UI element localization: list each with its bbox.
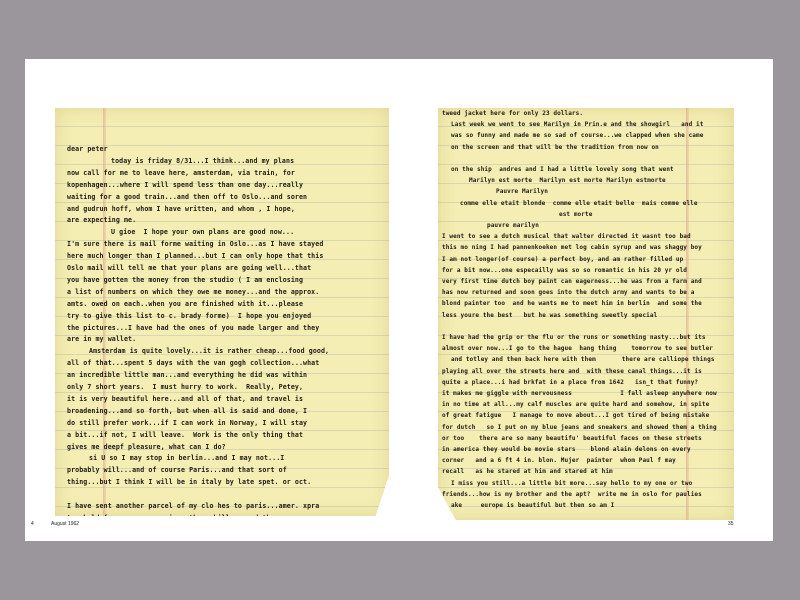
letter-line: I'm sure there is mail forme waiting in … xyxy=(67,240,323,248)
letter-line: broadening...and so forth, but when all … xyxy=(67,407,307,415)
letter-line: ake europe is beautiful but then so am I xyxy=(451,502,614,509)
letter-line: a bit...if not, I will leave. Work is th… xyxy=(67,431,303,439)
letter-line: on the ship andres and I had a little lo… xyxy=(451,166,674,173)
letter-line: in no time at all...my calf muscles are … xyxy=(442,401,709,408)
letter-line: all of that...spent 5 days with the van … xyxy=(67,359,319,367)
letter-line: it is very beautiful here...and all of t… xyxy=(67,395,303,403)
letter-line: kopenhagen...where I will spend less tha… xyxy=(67,181,303,189)
letter-line: here much longer than I planned...but I … xyxy=(67,252,323,260)
letter-line: gives me deepf pleasure, what can I do? xyxy=(67,443,226,451)
letter-line: this mo ning I had pannenkoeken met log … xyxy=(442,244,702,251)
folio-label-left: August 1962 xyxy=(51,521,79,527)
letter-line: U gioe I hope your own plans are good no… xyxy=(111,228,294,236)
letter-line: recall as he stared at him and stared at… xyxy=(442,468,613,475)
letter-line: dear peter xyxy=(67,145,108,153)
letter-line: try to give this list to c. brady forme)… xyxy=(67,312,311,320)
letter-line: playing all over the streets here and wi… xyxy=(442,368,702,375)
letter-line: it makes me giggle with nervousness I fa… xyxy=(442,390,717,397)
letter-line: only 7 short years. I must hurry to work… xyxy=(67,383,303,391)
letter-line: and gudrun hoff, whom I have written, an… xyxy=(67,205,295,213)
letter-line: today is friday 8/31...I think...and my … xyxy=(111,157,294,165)
letter-line: to hold for me...europe is rather chilly… xyxy=(67,514,303,516)
letter-line: an incredible little man...and everythin… xyxy=(67,371,307,379)
letter-line: si U so I may stop in berlin...and I may… xyxy=(89,454,284,462)
letter-line: are expecting me. xyxy=(67,216,136,224)
letter-line: a list of numbers on which they owe me m… xyxy=(67,288,319,296)
letter-line: amts. owed on each..when you are finishe… xyxy=(67,300,303,308)
letter-line: I am not longer(of course) a perfect boy… xyxy=(442,256,683,263)
letter-line: Pauvre Marilyn xyxy=(496,188,548,195)
letter-line: has now returned and soon goes into the … xyxy=(442,289,694,296)
letter-line: the pictures...I have had the ones of yo… xyxy=(67,324,319,332)
letter-line: quite a place...i had brkfat in a place … xyxy=(442,379,698,386)
letter-line: I have had the grip or the flu or the ru… xyxy=(442,334,706,341)
letter-line: for a bit now...one especailly was so so… xyxy=(442,267,687,274)
letter-line: Last week we went to see Marilyn in Prin… xyxy=(451,121,703,128)
red-margin-line xyxy=(686,108,689,520)
book-spread: dear petertoday is friday 8/31...I think… xyxy=(25,59,773,541)
letter-line: now call for me to leave here, amsterdam… xyxy=(67,169,295,177)
letter-line: or too there are so many beautifu' beaut… xyxy=(442,435,702,442)
letter-page-right: tweed jacket here for only 23 dollars.La… xyxy=(438,108,734,520)
letter-line: est morte xyxy=(559,211,592,218)
letter-line: you have gotten the money from the studi… xyxy=(67,276,303,284)
letter-line: corner and a 6 ft 4 in. blon. Mujer pain… xyxy=(442,457,676,464)
letter-line: and totley and then back here with them … xyxy=(451,356,715,363)
letter-line: almost over now...I go to the hague hang… xyxy=(442,345,713,352)
letter-page-left: dear petertoday is friday 8/31...I think… xyxy=(55,108,389,516)
letter-line: comme elle etait blonde comme elle etait… xyxy=(460,200,698,207)
letter-line: blond painter too and he wants me to mee… xyxy=(442,300,702,307)
letter-line: thing...but I think I will be in italy b… xyxy=(67,478,311,486)
letter-line: do still prefer work...if I can work in … xyxy=(67,419,307,427)
letter-line: was so funny and made me so sad of cours… xyxy=(451,132,703,139)
letter-line: probably will...and of course Paris...an… xyxy=(67,466,287,474)
folio-number-right: 35 xyxy=(728,521,734,527)
folio-number-left: 4 xyxy=(31,521,34,527)
letter-line: Marilyn est morte Marilyn est morte Mari… xyxy=(469,177,666,184)
letter-line: are in my wallet. xyxy=(67,335,136,343)
letter-line: Amsterdam is quite lovely...it is rather… xyxy=(89,347,329,355)
letter-line: I have sent another parcel of my clo hes… xyxy=(67,502,319,510)
letter-line: I miss you still...a little bit more...s… xyxy=(451,480,692,487)
letter-line: pauvre marilyn xyxy=(487,222,539,229)
letter-line: less youre the best but he was something… xyxy=(442,312,657,319)
letter-line: I went to see a dutch musical that walte… xyxy=(442,233,691,240)
letter-line: Oslo mail will tell me that your plans a… xyxy=(67,264,311,272)
letter-line: in america they would be movie stars blo… xyxy=(442,446,691,453)
letter-line: on the screen and that will be the tradi… xyxy=(451,144,659,151)
letter-line: very first time dutch boy paint can eage… xyxy=(442,278,702,285)
letter-line: of great fatigue I manage to move about.… xyxy=(442,412,709,419)
letter-line: friends...how is my brother and the apt?… xyxy=(442,491,702,498)
letter-line: for dutch so I put on my blue jeans and … xyxy=(442,424,717,431)
letter-line: tweed jacket here for only 23 dollars. xyxy=(442,110,583,117)
letter-line: waiting for a good train...and then off … xyxy=(67,193,307,201)
